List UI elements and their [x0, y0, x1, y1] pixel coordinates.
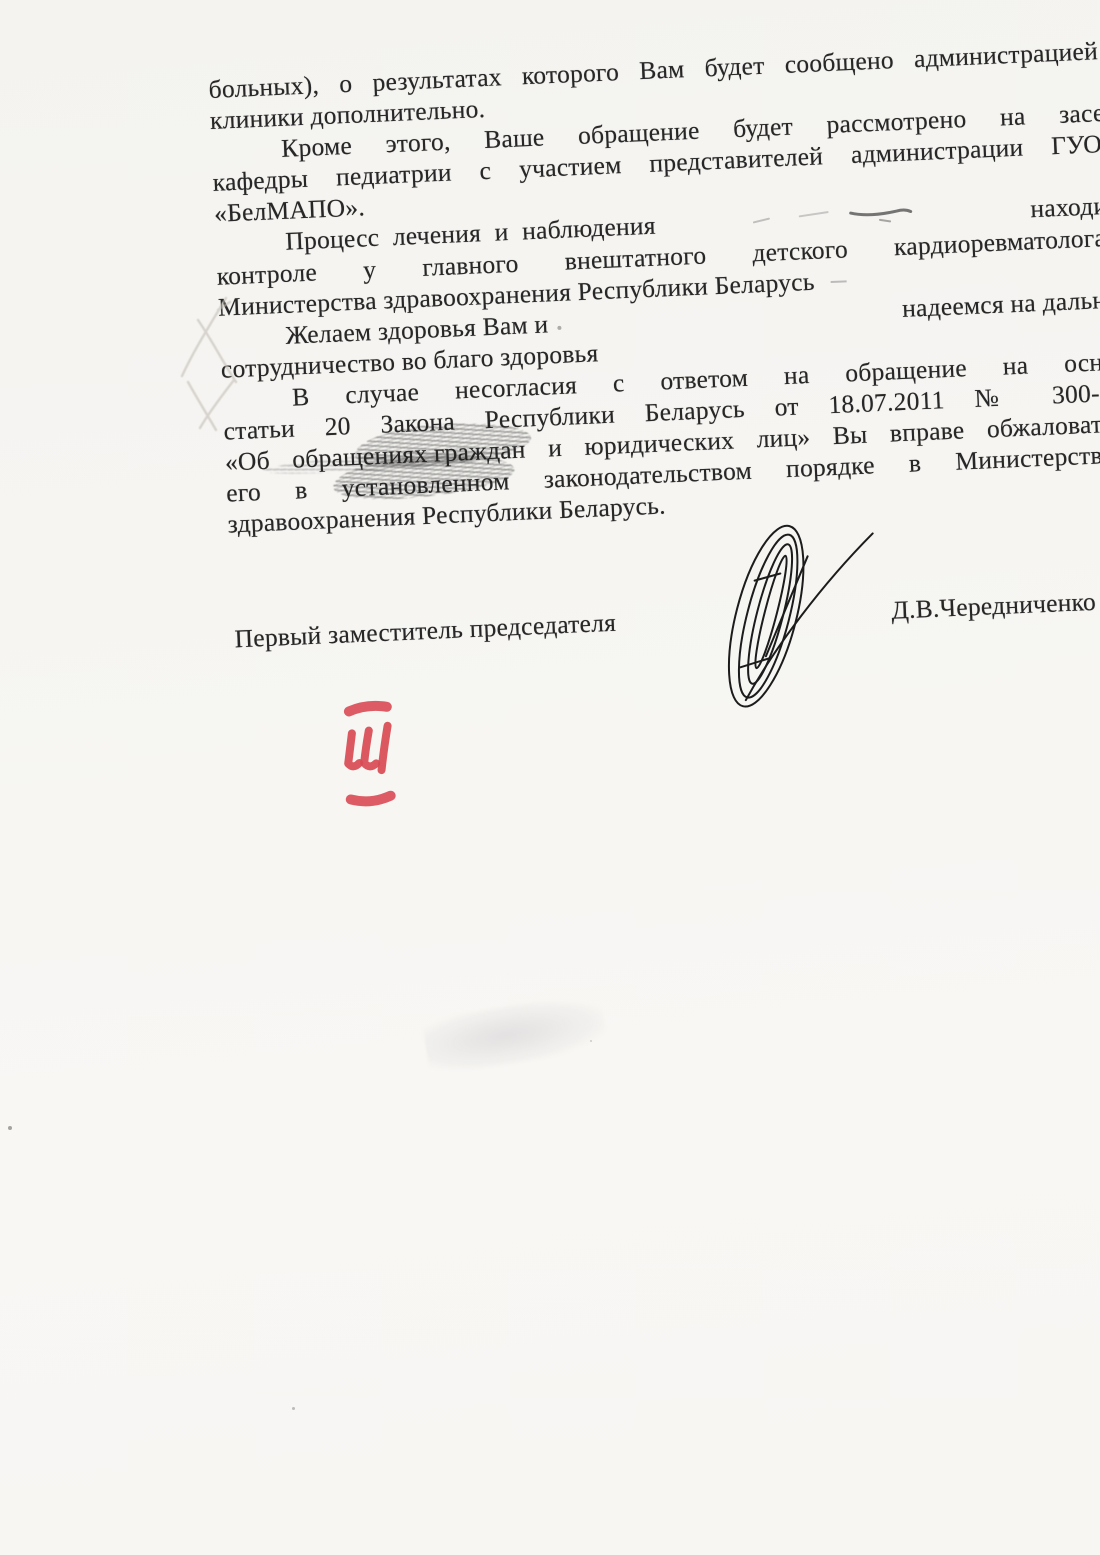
faint-margin-scribble [158, 290, 273, 440]
text-segment: «Об обращ [224, 442, 363, 477]
erased-dash-mark [831, 280, 847, 283]
text-segment: находится на [1030, 187, 1100, 224]
letter-body: больных), о результатах которого Вам буд… [208, 35, 1100, 654]
signer-name: Д.В.Чередниченко [891, 586, 1097, 626]
text-segment: его в [226, 475, 308, 508]
red-handwritten-mark-sh [337, 699, 406, 810]
signoff-row: Первый заместитель председателя Д.В.Чере… [232, 585, 1100, 655]
scan-speck [292, 1407, 295, 1410]
signer-title: Первый заместитель председателя [234, 607, 617, 655]
scan-speck [590, 1040, 592, 1042]
faint-dot-mark [557, 326, 561, 330]
scanned-letter-page: больных), о результатах которого Вам буд… [0, 0, 1100, 1555]
pencil-smudge [422, 991, 609, 1076]
scan-speck [8, 1126, 12, 1130]
